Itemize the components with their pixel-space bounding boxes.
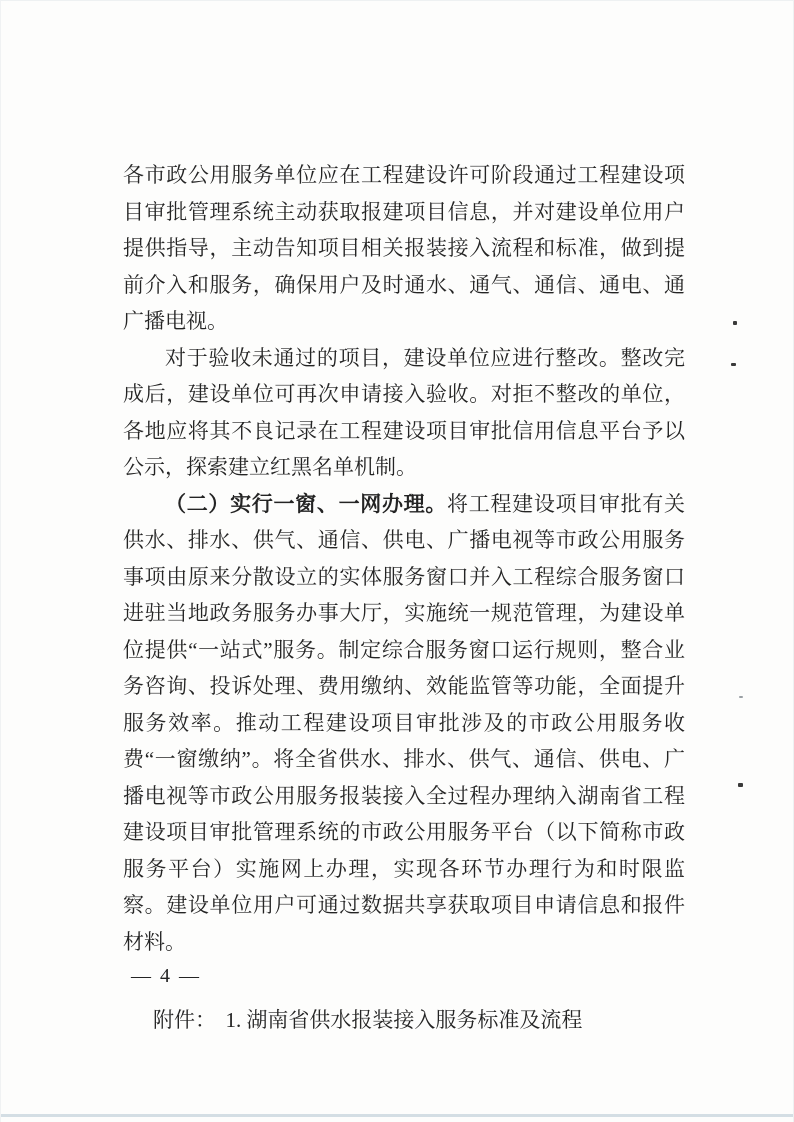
document-body: 各市政公用服务单位应在工程建设许可阶段通过工程建设项目审批管理系统主动获取报建项… [123, 157, 685, 1039]
section-two-body: 将工程建设项目审批有关供水、排水、供气、通信、供电、广播电视等市政公用服务事项由… [123, 492, 685, 954]
scan-speck [738, 783, 743, 787]
scan-speck [731, 363, 736, 366]
attachment-item-1: 1. 湖南省供水报装接入服务标准及流程 [225, 1008, 582, 1032]
scan-speck [733, 321, 737, 325]
attachment-label: 附件： [153, 1008, 216, 1032]
page-number: — 4 — [131, 965, 201, 988]
scan-speck [739, 696, 743, 698]
paragraph-continued: 各市政公用服务单位应在工程建设许可阶段通过工程建设项目审批管理系统主动获取报建项… [123, 157, 685, 340]
section-two-heading: （二）实行一窗、一网办理。 [165, 492, 447, 516]
scan-edge-shadow [1, 1114, 793, 1117]
attachment-line: 附件：1. 湖南省供水报装接入服务标准及流程 [123, 1002, 685, 1039]
paragraph-section-two: （二）实行一窗、一网办理。将工程建设项目审批有关供水、排水、供气、通信、供电、广… [123, 486, 685, 961]
paragraph-rectification: 对于验收未通过的项目，建设单位应进行整改。整改完成后，建设单位可再次申请接入验收… [123, 340, 685, 486]
document-page: 各市政公用服务单位应在工程建设许可阶段通过工程建设项目审批管理系统主动获取报建项… [0, 0, 794, 1122]
